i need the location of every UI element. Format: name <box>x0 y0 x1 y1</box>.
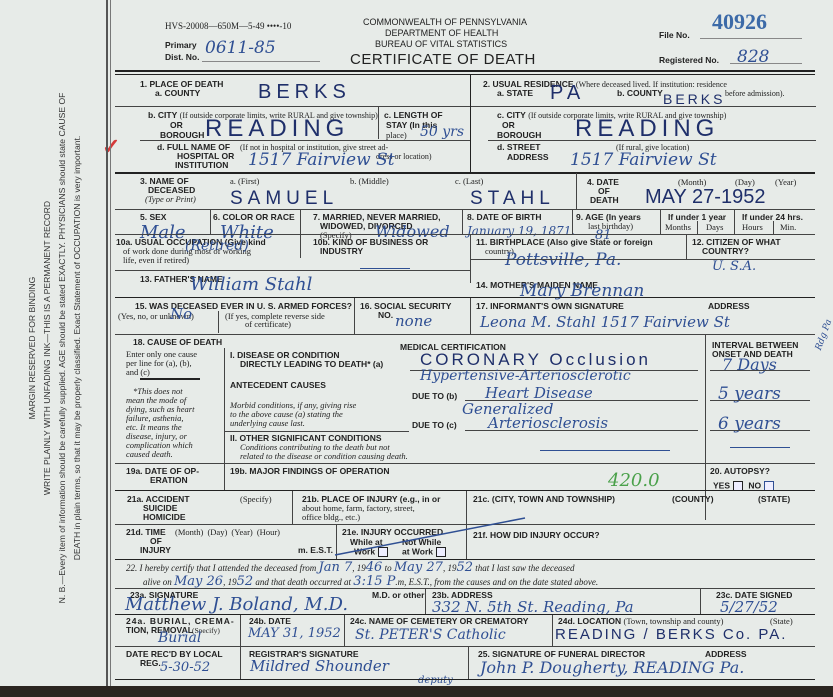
armed-forces-note-3: of certificate) <box>245 320 291 330</box>
agency-line-3: BUREAU OF VITAL STATISTICS <box>375 40 507 50</box>
rule <box>240 647 241 679</box>
rule <box>115 209 815 210</box>
res-county-label: b. COUNTY <box>617 89 663 99</box>
interval-b-value: 5 years <box>718 384 781 404</box>
burial-location-note: (Town, township and county) <box>624 616 724 626</box>
margin-rule <box>106 0 108 697</box>
other-conditions-note-2: related to the disease or condition caus… <box>240 452 408 462</box>
cert-text-1c: to <box>385 563 392 573</box>
armed-forces-value: No <box>170 305 192 323</box>
funeral-director-value: John P. Dougherty, READING Pa. <box>480 658 744 677</box>
res-street-label-2: ADDRESS <box>507 153 549 163</box>
pod-county-label: a. COUNTY <box>155 89 200 99</box>
cert-text-2d: .m, E.S.T., from the causes and on the d… <box>395 577 598 587</box>
interval-c-value: 6 years <box>718 414 781 434</box>
rule <box>115 270 470 271</box>
last-name-value: STAHL <box>470 188 555 210</box>
time-of-injury-label-3: INJURY <box>140 546 171 556</box>
burial-location-label: 24d. LOCATION <box>558 616 621 626</box>
op-date-label-2: ERATION <box>150 476 188 486</box>
rule <box>697 221 698 234</box>
first-name-value: SAMUEL <box>230 188 338 210</box>
margin-binding-note: MARGIN RESERVED FOR BINDING <box>25 93 40 604</box>
dist-label: Dist. No. <box>165 53 199 63</box>
agency-line-2: DEPARTMENT OF HEALTH <box>385 29 498 39</box>
rule <box>378 107 379 139</box>
occupation-label-3: life, even if retired) <box>123 256 189 266</box>
cert-text-1a: 22. I hereby certify that I attended the… <box>126 563 316 573</box>
margin-rule-thin <box>110 0 111 697</box>
rule <box>576 173 577 209</box>
ssn-label: 16. SOCIAL SECURITY <box>360 302 451 312</box>
birthplace-value: Pottsville, Pa. <box>505 250 621 270</box>
burial-value: Burial <box>158 630 201 646</box>
time-of-injury-columns: (Month) (Day) (Year) (Hour) <box>175 528 280 538</box>
injury-city-label: 21c. (CITY, TOWN AND TOWNSHIP) <box>473 495 615 505</box>
rule <box>471 106 816 107</box>
rule <box>710 400 810 401</box>
attended-from-year: 46 <box>366 560 383 575</box>
res-state-value: PA <box>550 82 585 105</box>
rule <box>660 210 661 234</box>
mother-value: Mary Brennan <box>520 281 644 301</box>
res-street-value: 1517 Fairview St <box>570 150 717 170</box>
rule <box>572 210 573 234</box>
autopsy-label: 20. AUTOPSY? <box>710 467 770 477</box>
rule <box>115 679 815 680</box>
autopsy-yes-label: YES <box>713 480 730 490</box>
due-to-c-label: DUE TO (c) <box>412 421 457 431</box>
op-findings-label: 19b. MAJOR FINDINGS OF OPERATION <box>230 467 389 477</box>
last-seen-alive-year: 52 <box>237 574 254 589</box>
md-label: M.D. or other <box>372 591 424 601</box>
attended-from-value: Jan 7 <box>319 560 353 575</box>
cause-a-value: CORONARY Occlusion <box>420 350 651 370</box>
father-value: William Stahl <box>190 274 312 295</box>
year-label: (Year) <box>775 178 796 188</box>
dod-value: MAY 27-1952 <box>645 186 765 209</box>
interval-a-value: 7 Days <box>722 355 777 374</box>
citizen-value: U. S.A. <box>712 259 756 274</box>
rule <box>710 430 810 431</box>
res-city-label: c. CITY <box>497 110 526 120</box>
certificate-title: CERTIFICATE OF DEATH <box>350 52 536 68</box>
informant-address-label: ADDRESS <box>708 302 750 312</box>
dist-value: 0611-85 <box>205 38 276 58</box>
min-label: Min. <box>780 223 796 233</box>
rule <box>470 259 815 260</box>
occupation-value: (Retired) <box>185 238 249 254</box>
residence-note-2: before admission). <box>725 89 785 99</box>
death-certificate: MARGIN RESERVED FOR BINDING WRITE PLAINL… <box>0 0 833 697</box>
rule <box>292 491 293 524</box>
ssn-label-2: NO. <box>378 311 393 321</box>
interval-blank-dash <box>730 447 790 448</box>
rule <box>552 615 553 646</box>
business-blank-dash <box>360 268 410 269</box>
file-no-rule <box>700 38 802 39</box>
rule <box>115 334 815 335</box>
name-label-3: (Type or Print) <box>145 195 196 205</box>
cause-note-8: caused death. <box>126 450 173 460</box>
informant-label: 17. INFORMANT'S OWN SIGNATURE <box>476 302 624 312</box>
cemetery-label: 24c. NAME OF CEMETERY OR CREMATORY <box>350 617 528 627</box>
scan-edge <box>0 686 833 697</box>
rule <box>115 646 815 647</box>
rule <box>462 210 463 234</box>
registered-no-value: 828 <box>737 47 769 67</box>
months-label: Months <box>665 223 691 233</box>
rule <box>705 335 706 520</box>
date-received-value: 5-30-52 <box>160 660 210 675</box>
rule <box>224 431 409 432</box>
first-name-label: a. (First) <box>230 177 259 187</box>
injury-state-label: (STATE) <box>758 495 790 505</box>
primary-label: Primary <box>165 41 197 51</box>
header-rule <box>115 70 815 72</box>
registered-no-label: Registered No. <box>659 56 719 66</box>
rule <box>115 463 815 464</box>
homicide-label: HOMICIDE <box>143 513 186 523</box>
hours-label: Hours <box>742 223 763 233</box>
registrar-signature-value: Mildred Shounder <box>250 657 389 675</box>
dod-label-3: DEATH <box>590 196 619 206</box>
last-seen-alive-value: May 26 <box>174 574 223 589</box>
margin-instructions: MARGIN RESERVED FOR BINDING WRITE PLAINL… <box>25 93 85 604</box>
res-state-label: a. STATE <box>497 89 533 99</box>
margin-nb-note-1: N. B.—Every item of information should b… <box>55 93 70 604</box>
rule <box>115 588 815 589</box>
antecedent-label: ANTECEDENT CAUSES <box>230 381 326 391</box>
cert-text-2b: , 19 <box>223 577 237 587</box>
rule <box>700 589 701 614</box>
rule <box>140 140 470 141</box>
rule <box>354 298 355 334</box>
rule <box>240 615 241 646</box>
informant-margin-note: Rdg Pa <box>814 318 833 352</box>
cert-text-1d: , 19 <box>443 563 457 573</box>
date-received-label-2: REG. <box>140 659 161 669</box>
res-county-value: BERKS <box>663 91 725 107</box>
rule <box>344 615 345 646</box>
dob-value: January 19, 1871. <box>467 224 575 238</box>
form-code: HVS-20008—650M—5-49 ••••-10 <box>165 22 291 32</box>
hospital-label-3: INSTITUTION <box>175 161 228 171</box>
agency-line-1: COMMONWEALTH OF PENNSYLVANIA <box>363 18 527 28</box>
rule <box>468 647 469 679</box>
header-rule-2 <box>115 74 815 75</box>
rule <box>115 172 815 174</box>
cause-b-value-1: Hypertensive-Arteriosclerotic <box>420 368 631 384</box>
business-label-2: INDUSTRY <box>320 247 363 257</box>
rule <box>224 348 225 463</box>
registered-rule <box>730 63 802 64</box>
strike-through-line-icon <box>330 515 530 560</box>
death-time-value: 3:15 P <box>353 574 395 589</box>
res-city-value: READING <box>575 115 719 143</box>
cert-text-1b: , 19 <box>352 563 366 573</box>
physician-signature-value: Matthew J. Boland, M.D. <box>125 594 348 615</box>
middle-name-label: b. (Middle) <box>350 177 389 187</box>
rule <box>140 378 200 380</box>
file-no-label: File No. <box>659 31 690 41</box>
rule <box>425 589 426 614</box>
rule <box>115 614 815 615</box>
rule <box>115 490 815 491</box>
pod-county-value: BERKS <box>258 81 351 104</box>
file-no-value: 40926 <box>712 10 767 34</box>
cert-text-2c: and that death occurred at <box>255 577 351 587</box>
pod-city-value: READING <box>205 115 349 143</box>
disease-label-2: DIRECTLY LEADING TO DEATH* (a) <box>240 360 383 370</box>
cause-of-death-label: 18. CAUSE OF DEATH <box>133 338 222 348</box>
rule <box>686 235 687 259</box>
attended-to-year: 52 <box>456 560 473 575</box>
rule <box>115 297 815 298</box>
margin-ink-note: WRITE PLAINLY WITH UNFADING INK—THIS IS … <box>40 93 55 604</box>
rule <box>210 210 211 234</box>
dist-rule <box>202 61 320 62</box>
margin-nb-note-2: DEATH in plain terms, so that it may be … <box>70 93 85 604</box>
days-label: Days <box>706 223 723 233</box>
rule <box>115 234 815 235</box>
citizen-label-2: COUNTRY? <box>702 247 749 257</box>
last-name-label: c. (Last) <box>455 177 483 187</box>
burial-date-value: MAY 31, 1952 <box>248 626 341 641</box>
other-blank-dash <box>540 450 670 451</box>
specify-label: (Specify) <box>240 495 272 505</box>
rule <box>470 75 471 172</box>
cert-text-2a: alive on <box>143 577 172 587</box>
rule <box>470 298 471 334</box>
attended-to-value: May 27 <box>394 560 443 575</box>
burial-location-value: READING / BERKS Co. PA. <box>555 626 787 643</box>
rule <box>773 221 774 234</box>
stay-value: 50 yrs <box>420 124 464 140</box>
dob-label: 8. DATE OF BIRTH <box>467 213 541 223</box>
rule <box>734 210 735 234</box>
autopsy-no-label: NO <box>748 480 761 490</box>
registrar-deputy-note: deputy <box>418 675 453 686</box>
morbid-note-3: underlying cause last. <box>230 419 305 429</box>
injury-county-label: (COUNTY) <box>672 495 714 505</box>
est-label: m. E.S.T. <box>298 546 333 556</box>
cause-instruction-3: and (c) <box>126 368 150 378</box>
hospital-value: 1517 Fairview St <box>248 150 395 170</box>
pod-city-label: b. CITY <box>148 110 177 120</box>
rule <box>218 311 219 333</box>
classification-code: 420.0 <box>608 470 660 491</box>
rule <box>710 370 810 371</box>
rule <box>224 464 225 490</box>
rule <box>488 140 816 141</box>
rule <box>115 106 470 107</box>
cert-text-1e: that I last saw the deceased <box>475 563 574 573</box>
cemetery-value: St. PETER'S Catholic <box>355 627 506 643</box>
binding-margin: MARGIN RESERVED FOR BINDING WRITE PLAINL… <box>0 0 110 697</box>
due-to-b-label: DUE TO (b) <box>412 392 457 402</box>
ssn-value: none <box>395 312 432 330</box>
informant-value: Leona M. Stahl 1517 Fairview St <box>480 313 730 331</box>
red-checkmark-icon: ✓ <box>102 134 120 160</box>
rule <box>465 430 698 431</box>
